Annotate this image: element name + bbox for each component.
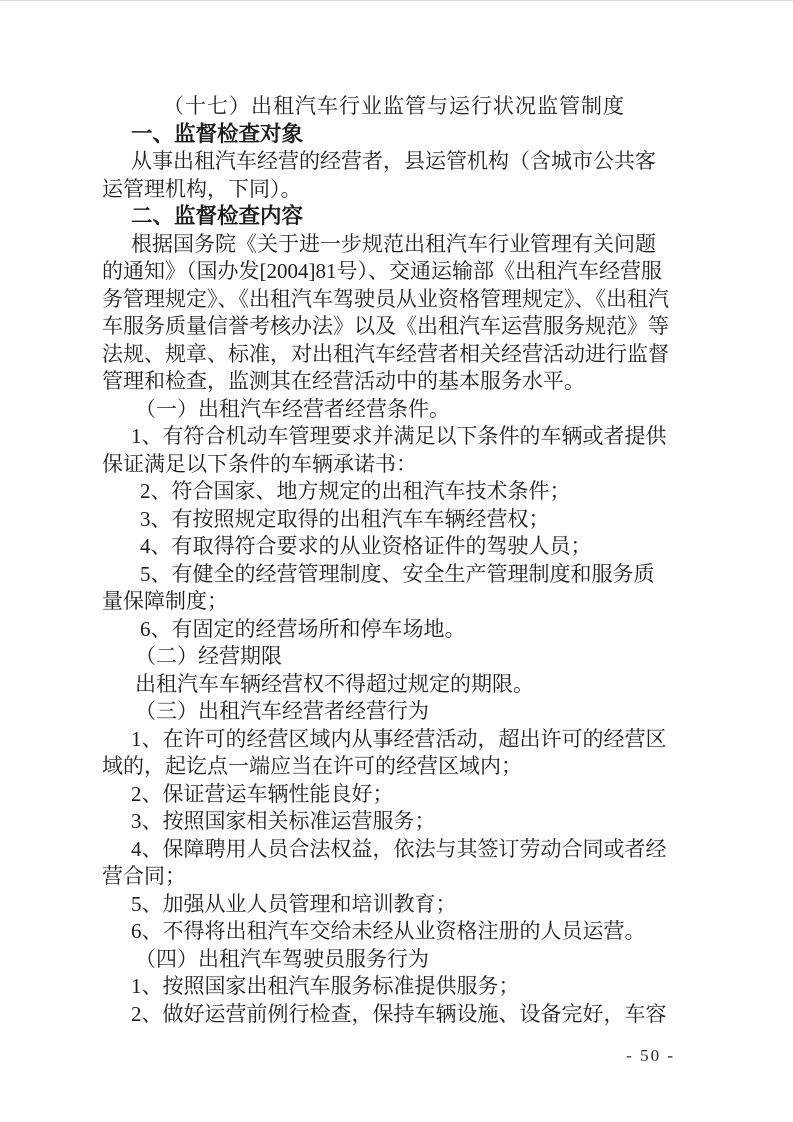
text-line: 管理和检查，监测其在经营活动中的基本服务水平。 bbox=[102, 368, 686, 396]
text-line: 2、符合国家、地方规定的出租汽车技术条件； bbox=[102, 478, 686, 506]
text-line: 法规、规章、标准，对出租汽车经营者相关经营活动进行监督 bbox=[102, 341, 686, 369]
document-text-block: 一、监督检查对象从事出租汽车经营的经营者，县运管机构（含城市公共客运管理机构，下… bbox=[102, 121, 686, 1029]
text-line: （三）出租汽车经营者经营行为 bbox=[102, 698, 686, 726]
document-title: （十七）出租汽车行业监管与运行状况监管制度 bbox=[102, 93, 686, 121]
text-line: （四）出租汽车驾驶员服务行为 bbox=[102, 946, 686, 974]
text-line: 从事出租汽车经营的经营者，县运管机构（含城市公共客 bbox=[102, 148, 686, 176]
text-line: 的通知》（国办发[2004]81号）、交通运输部《出租汽车经营服 bbox=[102, 258, 686, 286]
text-line: 5、加强从业人员管理和培训教育； bbox=[102, 891, 686, 919]
text-line: 4、有取得符合要求的从业资格证件的驾驶人员； bbox=[102, 533, 686, 561]
text-line: 根据国务院《关于进一步规范出租汽车行业管理有关问题 bbox=[102, 231, 686, 259]
text-line: 3、有按照规定取得的出租汽车车辆经营权； bbox=[102, 506, 686, 534]
text-line: 4、保障聘用人员合法权益，依法与其签订劳动合同或者经 bbox=[102, 836, 686, 864]
page-number: - 50 - bbox=[626, 1046, 675, 1066]
text-line: 1、按照国家出租汽车服务标准提供服务； bbox=[102, 973, 686, 1001]
text-line: （一）出租汽车经营者经营条件。 bbox=[102, 396, 686, 424]
text-line: 5、有健全的经营管理制度、安全生产管理制度和服务质 bbox=[102, 561, 686, 589]
text-line: 运管理机构，下同）。 bbox=[102, 176, 686, 204]
section-heading: 一、监督检查对象 bbox=[102, 121, 686, 149]
text-line: 营合同； bbox=[102, 863, 686, 891]
text-line: 务管理规定》、《出租汽车驾驶员从业资格管理规定》、《出租汽 bbox=[102, 286, 686, 314]
text-line: 车服务质量信誉考核办法》以及《出租汽车运营服务规范》等 bbox=[102, 313, 686, 341]
text-line: 2、保证营运车辆性能良好； bbox=[102, 781, 686, 809]
text-line: 域的，起讫点一端应当在许可的经营区域内； bbox=[102, 753, 686, 781]
section-heading: 二、监督检查内容 bbox=[102, 203, 686, 231]
text-line: 量保障制度； bbox=[102, 588, 686, 616]
document-page: （十七）出租汽车行业监管与运行状况监管制度 一、监督检查对象从事出租汽车经营的经… bbox=[0, 0, 793, 1122]
text-line: 1、在许可的经营区域内从事经营活动，超出许可的经营区 bbox=[102, 726, 686, 754]
text-line: 6、不得将出租汽车交给未经从业资格注册的人员运营。 bbox=[102, 918, 686, 946]
text-line: 2、做好运营前例行检查，保持车辆设施、设备完好，车容 bbox=[102, 1001, 686, 1029]
text-line: 3、按照国家相关标准运营服务； bbox=[102, 808, 686, 836]
text-line: （二）经营期限 bbox=[102, 643, 686, 671]
text-line: 1、有符合机动车管理要求并满足以下条件的车辆或者提供 bbox=[102, 423, 686, 451]
document-content: （十七）出租汽车行业监管与运行状况监管制度 一、监督检查对象从事出租汽车经营的经… bbox=[102, 93, 686, 1028]
text-line: 6、有固定的经营场所和停车场地。 bbox=[102, 616, 686, 644]
text-line: 保证满足以下条件的车辆承诺书： bbox=[102, 451, 686, 479]
text-line: 出租汽车车辆经营权不得超过规定的期限。 bbox=[102, 671, 686, 699]
